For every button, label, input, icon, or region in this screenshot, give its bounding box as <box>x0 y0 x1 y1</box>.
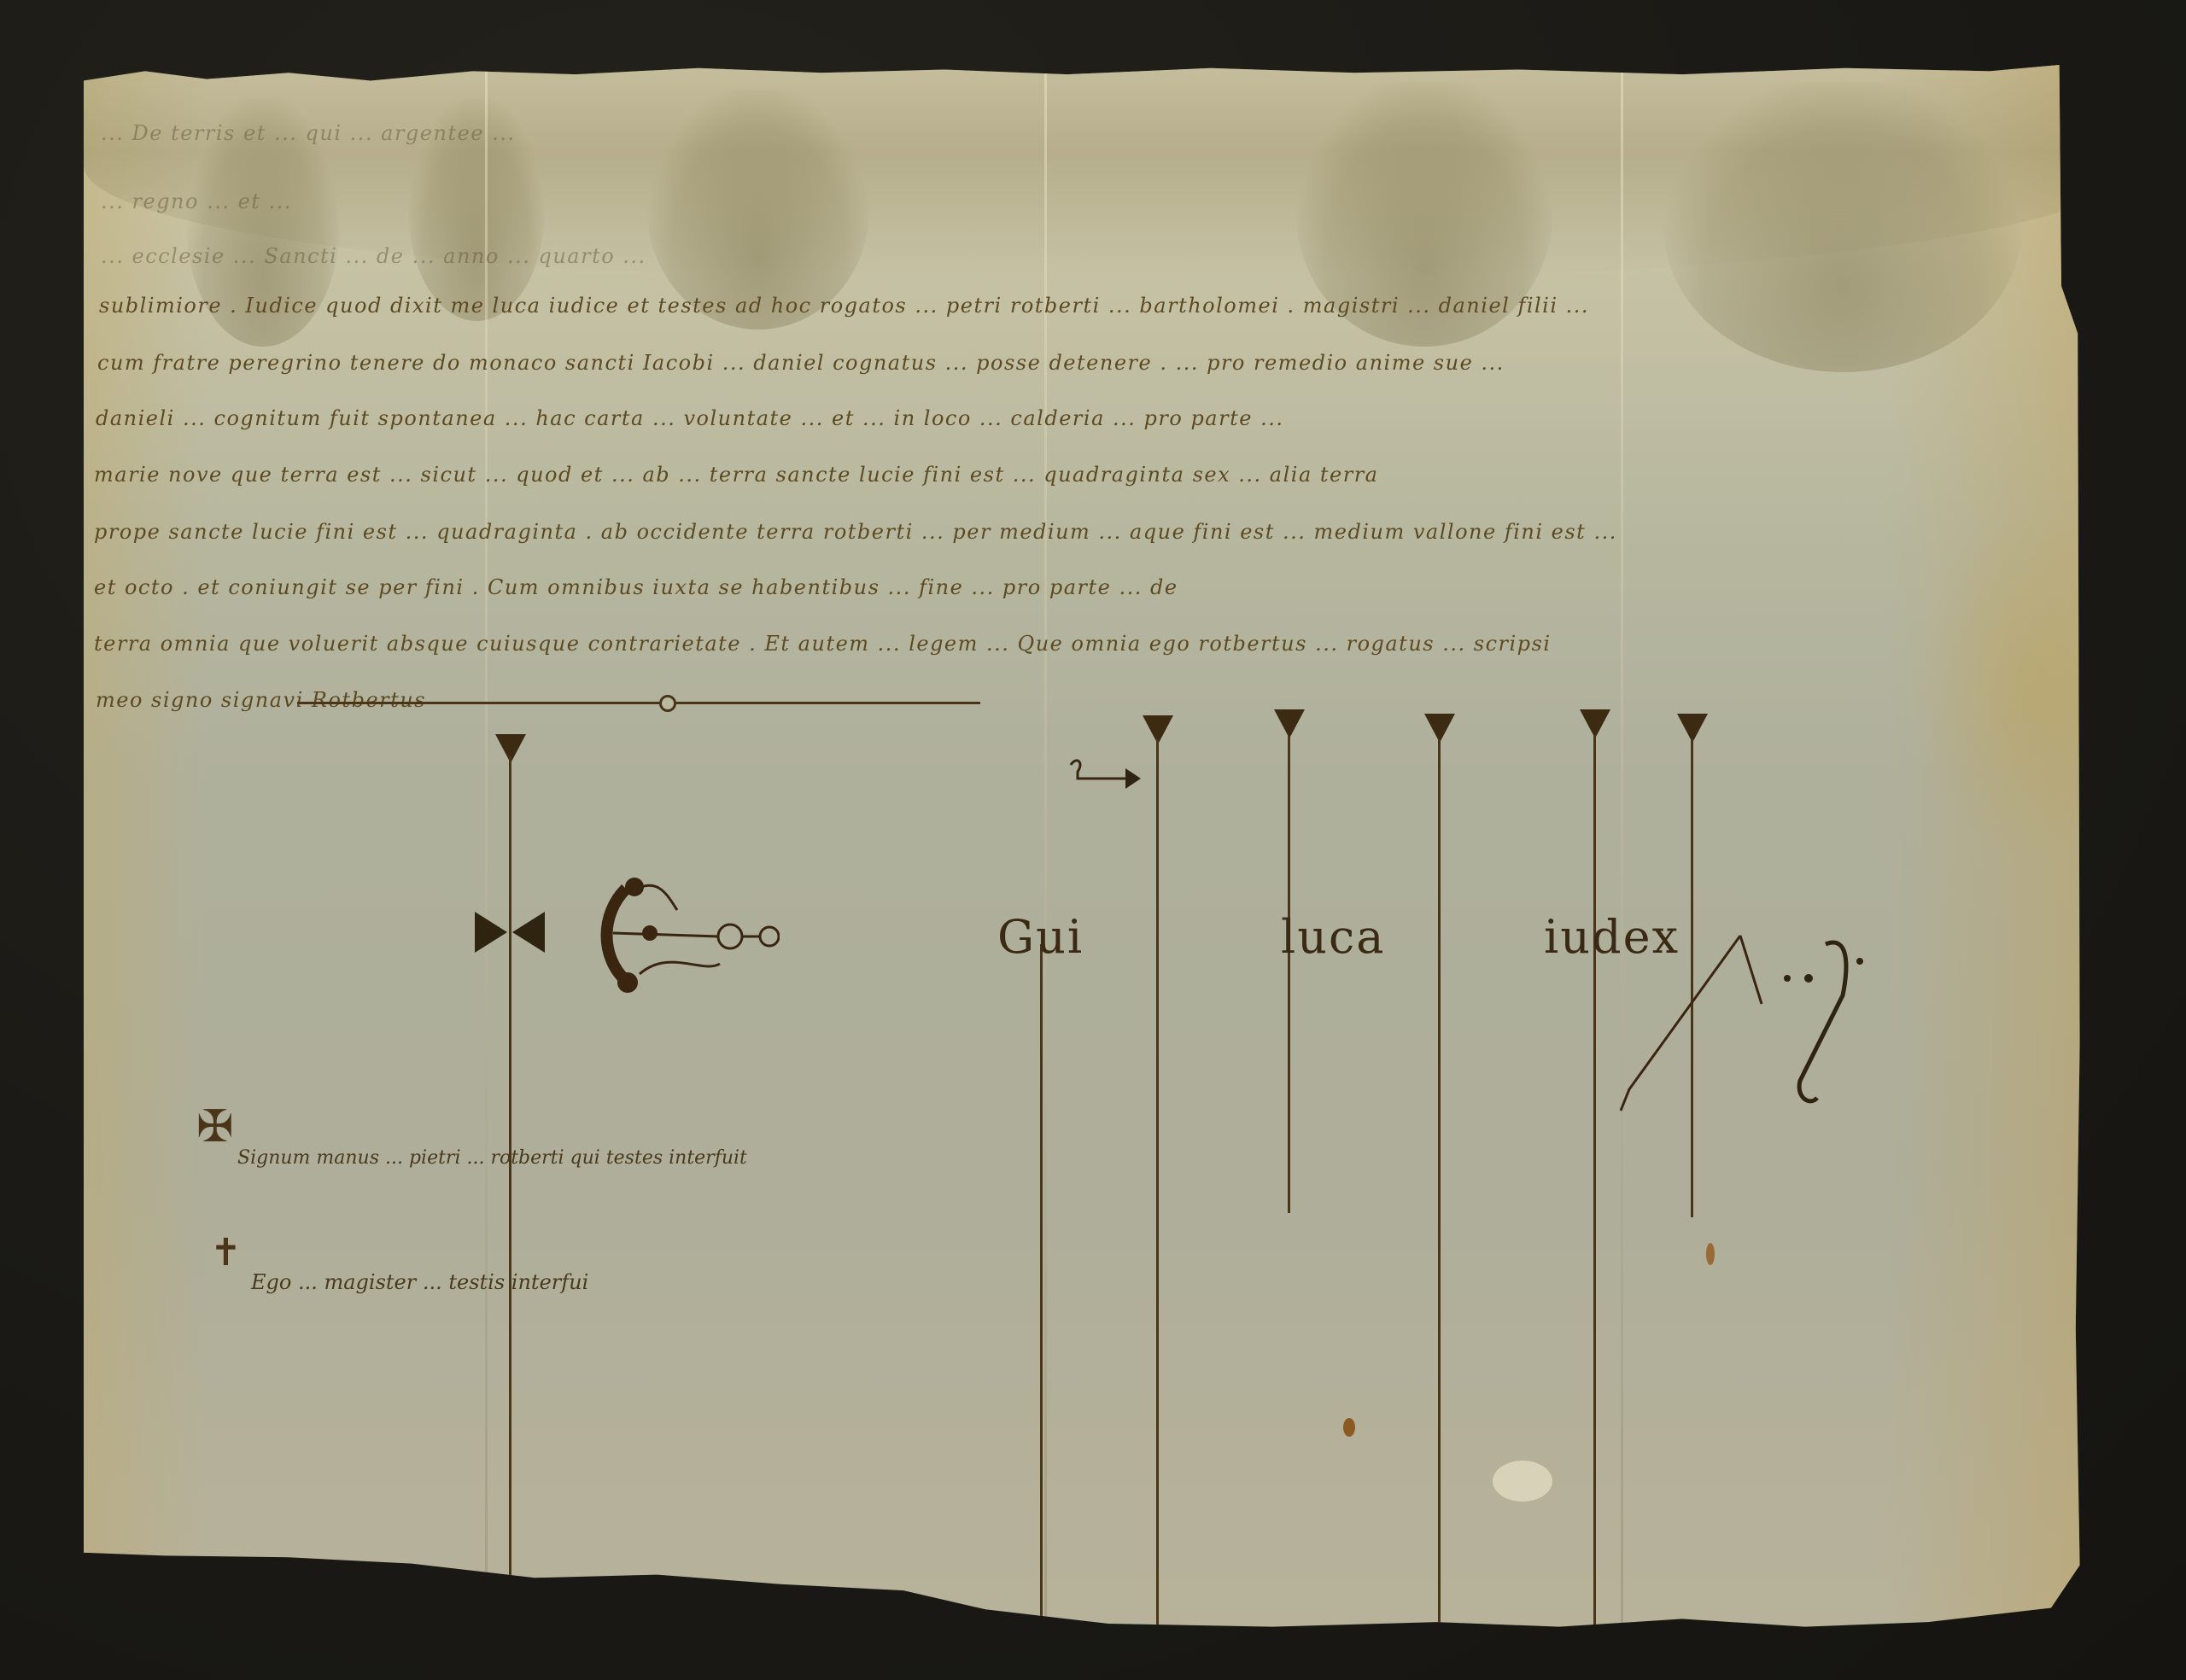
signum-stroke <box>1438 739 1441 1678</box>
signum-stroke <box>1593 735 1596 1674</box>
parchment-sheet: ... De terris et ... qui ... argentee ..… <box>84 65 2133 1644</box>
cross-mark-icon: ✝ <box>210 1234 242 1272</box>
text-line: cum fratre peregrino tenere do monaco sa… <box>97 351 1505 375</box>
text-line: marie nove que terra est ... sicut ... q… <box>94 463 1378 487</box>
text-line: ... ecclesie ... Sancti ... de ... anno … <box>101 244 646 268</box>
bowtie-mark-icon <box>475 912 507 953</box>
witness-name-luca: luca <box>1281 910 1386 964</box>
signum-head-icon <box>1677 714 1708 743</box>
text-line: et octo . et coniungit se per fini . Cum… <box>94 575 1178 599</box>
notary-flourish-line <box>297 702 980 704</box>
cross-mark-icon: ✠ <box>196 1105 234 1149</box>
text-line: sublimiore . Iudice quod dixit me luca i… <box>99 294 1589 318</box>
iudex-flourish-icon <box>1612 927 1868 1123</box>
signum-stroke <box>1040 944 1043 1644</box>
signum-stroke <box>1288 735 1290 1213</box>
subscription-line: Ego ... magister ... testis interfui <box>251 1270 588 1294</box>
text-line: meo signo signavi Rotbertus <box>96 688 426 712</box>
text-line: danieli ... cognitum fuit spontanea ... … <box>96 406 1283 430</box>
notary-flourish-ring <box>659 695 676 712</box>
notary-monogram-icon <box>592 872 780 1000</box>
witness-name-gui: Gui <box>997 910 1084 964</box>
subscription-line: Signum manus ... pietri ... rotberti qui… <box>237 1147 747 1169</box>
signum-flag-icon <box>1066 756 1143 790</box>
text-line: ... regno ... et ... <box>101 190 292 213</box>
stain-spot <box>1343 1418 1355 1437</box>
stain-spot <box>1493 1461 1552 1502</box>
fold-line <box>1621 65 1623 1644</box>
text-line: prope sancte lucie fini est ... quadragi… <box>94 520 1617 544</box>
text-line: terra omnia que voluerit absque cuiusque… <box>94 632 1552 656</box>
signum-stroke <box>509 756 511 1680</box>
signum-head-icon <box>1580 709 1610 738</box>
water-stain <box>1663 82 2022 372</box>
text-line: ... De terris et ... qui ... argentee ..… <box>101 121 516 145</box>
signum-head-icon <box>1274 709 1305 738</box>
stain-spot <box>1706 1243 1715 1265</box>
bowtie-mark-icon <box>512 912 545 953</box>
signum-stroke <box>1156 739 1159 1644</box>
signum-head-icon <box>1424 714 1455 743</box>
